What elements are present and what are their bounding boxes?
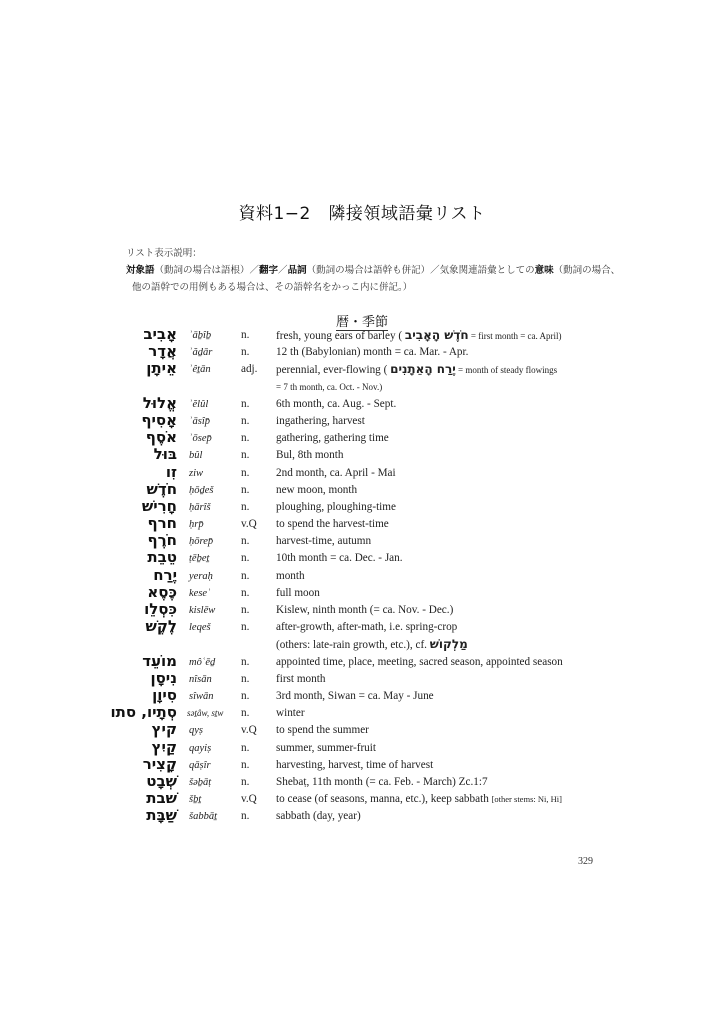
gloss: Bul, 8th month	[276, 447, 343, 464]
transliteration: šabbāṯ	[189, 808, 217, 825]
gloss: summer, summer-fruit	[276, 740, 376, 757]
transliteration: šəḇāṭ	[189, 774, 211, 791]
transliteration: qayiṣ	[189, 740, 211, 757]
legend-heading: リスト表示説明：	[126, 245, 202, 259]
transliteration: sîwān	[189, 688, 214, 705]
hebrew-word: אֹסֶף	[146, 429, 177, 446]
transliteration: qāṣîr	[189, 757, 211, 774]
gloss-text: 10th month = ca. Dec. - Jan.	[276, 552, 403, 564]
vocab-entry: לֶקֶשׁleqešn.after-growth, after-math, i…	[0, 619, 724, 636]
gloss: Kislew, ninth month (= ca. Nov. - Dec.)	[276, 602, 453, 619]
gloss: 10th month = ca. Dec. - Jan.	[276, 550, 403, 567]
transliteration: ḥrp̄	[189, 516, 204, 533]
gloss-text: first month	[276, 673, 325, 685]
gloss-text: sabbath (day, year)	[276, 810, 361, 822]
gloss-text: gathering, gathering time	[276, 432, 389, 444]
vocab-entry-continuation: = 7 th month, ca. Oct. - Nov.)	[0, 379, 724, 396]
vocab-entry: חָרִישׁḥārîšn.ploughing, ploughing-time	[0, 499, 724, 516]
gloss-text: 6th month, ca. Aug. - Sept.	[276, 398, 396, 410]
gloss-text: Kislew, ninth month (= ca. Nov. - Dec.)	[276, 604, 453, 616]
legend-text: （動詞の場合は語幹も併記）／気象関連語彙としての	[307, 265, 535, 276]
gloss-text: to spend the summer	[276, 724, 369, 736]
gloss-text: to spend the harvest-time	[276, 518, 389, 530]
page-number: 329	[578, 856, 593, 867]
transliteration: ʾăḏār	[189, 344, 212, 361]
part-of-speech: n.	[241, 550, 249, 567]
part-of-speech: n.	[241, 499, 249, 516]
hebrew-word: שׁבת	[146, 790, 177, 807]
vocab-entry: אֵיתָןʾêṯānadj.perennial, ever-flowing (…	[0, 361, 724, 378]
part-of-speech: n.	[241, 619, 249, 636]
part-of-speech: n.	[241, 757, 249, 774]
part-of-speech: n.	[241, 430, 249, 447]
part-of-speech: n.	[241, 568, 249, 585]
gloss: 2nd month, ca. April - Mai	[276, 465, 396, 482]
hebrew-word: חרף	[148, 515, 177, 532]
transliteration: ṭēḇeṯ	[189, 550, 209, 567]
hebrew-word: בּוּל	[154, 446, 177, 463]
gloss-text: winter	[276, 707, 305, 719]
gloss-hebrew-phrase: יֶרַח הָאֵתָנִים	[390, 362, 456, 376]
hebrew-word: אֱלוּל	[143, 395, 177, 412]
vocab-entry: אֱלוּלʾĕlûln.6th month, ca. Aug. - Sept.	[0, 396, 724, 413]
gloss: sabbath (day, year)	[276, 808, 361, 825]
gloss-text: fresh, young ears of barley (	[276, 330, 405, 342]
transliteration: yeraḥ	[189, 568, 213, 585]
legend-term: 翻字	[259, 265, 278, 276]
hebrew-word: כִּסְלֵו	[144, 601, 177, 618]
vocab-entry: אָבִיבʾāḇîḇn.fresh, young ears of barley…	[0, 327, 724, 344]
vocab-entry: נִיסָןnîsānn.first month	[0, 671, 724, 688]
hebrew-word: סִיוָן	[152, 687, 177, 704]
part-of-speech: n.	[241, 447, 249, 464]
vocabulary-list: אָבִיבʾāḇîḇn.fresh, young ears of barley…	[0, 327, 724, 825]
gloss: first month	[276, 671, 325, 688]
vocab-entry: סְתָיו, סתוsəṯâw, sṯwn.winter	[0, 705, 724, 722]
gloss: = 7 th month, ca. Oct. - Nov.)	[276, 379, 382, 396]
gloss-text: appointed time, place, meeting, sacred s…	[276, 656, 563, 668]
vocab-entry: בּוּלbûln.Bul, 8th month	[0, 447, 724, 464]
part-of-speech: n.	[241, 671, 249, 688]
gloss-text: summer, summer-fruit	[276, 742, 376, 754]
gloss-text: Bul, 8th month	[276, 449, 343, 461]
gloss-text: harvest-time, autumn	[276, 535, 371, 547]
gloss-text: ploughing, ploughing-time	[276, 501, 396, 513]
gloss-text: 3rd month, Siwan = ca. May - June	[276, 690, 434, 702]
gloss: appointed time, place, meeting, sacred s…	[276, 654, 563, 671]
gloss: month	[276, 568, 305, 585]
gloss: new moon, month	[276, 482, 357, 499]
transliteration: môʿēḏ	[189, 654, 215, 671]
hebrew-word: חֹרֶף	[148, 532, 177, 549]
gloss-text: 12 th (Babylonian) month = ca. Mar. - Ap…	[276, 346, 468, 358]
legend-description-line-2: 他の語幹での用例もある場合は、その語幹名をかっこ内に併記。）	[132, 279, 412, 293]
gloss: (others: late-rain growth, etc.), cf. מַ…	[276, 636, 468, 654]
part-of-speech: n.	[241, 585, 249, 602]
gloss: 12 th (Babylonian) month = ca. Mar. - Ap…	[276, 344, 468, 361]
hebrew-word: כֶּסֶא	[147, 584, 177, 601]
vocab-entry: זִוziwn.2nd month, ca. April - Mai	[0, 465, 724, 482]
transliteration: leqeš	[189, 619, 211, 636]
transliteration: šḇṯ	[189, 791, 201, 808]
hebrew-word: יֶרַח	[153, 567, 177, 584]
gloss: harvesting, harvest, time of harvest	[276, 757, 433, 774]
vocab-entry: אֹסֶףʾōsep̄n.gathering, gathering time	[0, 430, 724, 447]
transliteration: ḥōrep̄	[189, 533, 213, 550]
hebrew-word: לֶקֶשׁ	[146, 618, 178, 635]
gloss-text: month	[276, 570, 305, 582]
vocab-entry: קַיִץqayiṣn.summer, summer-fruit	[0, 740, 724, 757]
hebrew-word: אֲדָר	[148, 343, 177, 360]
part-of-speech: n.	[241, 413, 249, 430]
part-of-speech: n.	[241, 482, 249, 499]
part-of-speech: n.	[241, 688, 249, 705]
transliteration: kislēw	[189, 602, 215, 619]
part-of-speech: n.	[241, 774, 249, 791]
vocab-entry: כֶּסֶאkeseʾn.full moon	[0, 585, 724, 602]
legend-text: （動詞の場合は語根）／	[155, 265, 260, 276]
part-of-speech: n.	[241, 654, 249, 671]
gloss: ingathering, harvest	[276, 413, 365, 430]
gloss-text-after: = month of steady flowings	[456, 365, 557, 375]
vocab-entry: שׁבתšḇṯv.Qto cease (of seasons, manna, e…	[0, 791, 724, 808]
hebrew-word: זִו	[166, 464, 177, 481]
gloss-text-after: = first month = ca. April)	[469, 331, 562, 341]
transliteration: keseʾ	[189, 585, 211, 602]
hebrew-word: אָסִיף	[141, 412, 177, 429]
vocab-entry: כִּסְלֵוkislēwn.Kislew, ninth month (= c…	[0, 602, 724, 619]
legend-text: ／	[278, 265, 288, 276]
transliteration: ʾĕlûl	[189, 396, 208, 413]
vocab-entry: אָסִיףʾāsîp̄n.ingathering, harvest	[0, 413, 724, 430]
hebrew-word: טֵבֵת	[147, 549, 177, 566]
transliteration: ḥōḏeš	[189, 482, 214, 499]
vocab-entry: קָצִירqāṣîrn.harvesting, harvest, time o…	[0, 757, 724, 774]
gloss: gathering, gathering time	[276, 430, 389, 447]
hebrew-word: חֹדֶשׁ	[147, 481, 178, 498]
transliteration: nîsān	[189, 671, 212, 688]
gloss: to spend the harvest-time	[276, 516, 389, 533]
gloss-text: new moon, month	[276, 484, 357, 496]
hebrew-word: סְתָיו, סתו	[110, 704, 177, 721]
gloss-text: Shebaṭ, 11th month (= ca. Feb. - March) …	[276, 776, 488, 788]
gloss: perennial, ever-flowing ( יֶרַח הָאֵתָנִ…	[276, 361, 557, 379]
part-of-speech: n.	[241, 533, 249, 550]
transliteration: qyṣ	[189, 722, 203, 739]
hebrew-word: קַיִץ	[152, 739, 177, 756]
hebrew-word: אֵיתָן	[146, 360, 177, 377]
gloss: 3rd month, Siwan = ca. May - June	[276, 688, 434, 705]
vocab-entry: חֹרֶףḥōrep̄n.harvest-time, autumn	[0, 533, 724, 550]
part-of-speech: n.	[241, 705, 249, 722]
transliteration: ʾāḇîḇ	[189, 327, 211, 344]
hebrew-word: קָצִיר	[143, 756, 177, 773]
legend-description-line-1: 対象語（動詞の場合は語根）／翻字／品詞（動詞の場合は語幹も併記）／気象関連語彙と…	[126, 262, 606, 276]
vocab-entry: טֵבֵתṭēḇeṯn.10th month = ca. Dec. - Jan.	[0, 550, 724, 567]
legend-term: 意味	[535, 265, 554, 276]
legend-text: （動詞の場合、	[554, 265, 621, 276]
vocab-entry: יֶרַחyeraḥn.month	[0, 568, 724, 585]
gloss: to spend the summer	[276, 722, 369, 739]
transliteration: bûl	[189, 447, 202, 464]
gloss-text: 2nd month, ca. April - Mai	[276, 467, 396, 479]
part-of-speech: v.Q	[241, 791, 257, 808]
part-of-speech: n.	[241, 602, 249, 619]
gloss: ploughing, ploughing-time	[276, 499, 396, 516]
part-of-speech: n.	[241, 808, 249, 825]
gloss: to cease (of seasons, manna, etc.), keep…	[276, 791, 562, 808]
transliteration: ʾāsîp̄	[189, 413, 210, 430]
gloss-hebrew-phrase: חֹדֶשׁ הָאָבִיב	[405, 328, 469, 342]
part-of-speech: adj.	[241, 361, 257, 378]
gloss: fresh, young ears of barley ( חֹדֶשׁ הָא…	[276, 327, 562, 345]
gloss-text: perennial, ever-flowing (	[276, 364, 390, 376]
vocab-entry-continuation: (others: late-rain growth, etc.), cf. מַ…	[0, 636, 724, 653]
part-of-speech: n.	[241, 740, 249, 757]
hebrew-word: שְׁבָט	[146, 773, 177, 790]
gloss: 6th month, ca. Aug. - Sept.	[276, 396, 396, 413]
gloss: winter	[276, 705, 305, 722]
part-of-speech: v.Q	[241, 516, 257, 533]
gloss: after-growth, after-math, i.e. spring-cr…	[276, 619, 457, 636]
legend-term: 対象語	[126, 265, 155, 276]
gloss-text: ingathering, harvest	[276, 415, 365, 427]
hebrew-word: קיץ	[152, 721, 177, 738]
vocab-entry: אֲדָרʾăḏārn.12 th (Babylonian) month = c…	[0, 344, 724, 361]
vocab-entry: שַׁבָּתšabbāṯn.sabbath (day, year)	[0, 808, 724, 825]
transliteration: səṯâw, sṯw	[187, 705, 223, 722]
part-of-speech: v.Q	[241, 722, 257, 739]
gloss-text: = 7 th month, ca. Oct. - Nov.)	[276, 382, 382, 392]
gloss-note: [other stems: Ni, Hi]	[492, 794, 562, 804]
gloss: Shebaṭ, 11th month (= ca. Feb. - March) …	[276, 774, 488, 791]
vocab-entry: קיץqyṣv.Qto spend the summer	[0, 722, 724, 739]
gloss-text: full moon	[276, 587, 320, 599]
gloss-text: after-growth, after-math, i.e. spring-cr…	[276, 621, 457, 633]
vocab-entry: חֹדֶשׁḥōḏešn.new moon, month	[0, 482, 724, 499]
gloss-text: harvesting, harvest, time of harvest	[276, 759, 433, 771]
transliteration: ʾêṯān	[189, 361, 211, 378]
part-of-speech: n.	[241, 465, 249, 482]
vocab-entry: חרףḥrp̄v.Qto spend the harvest-time	[0, 516, 724, 533]
part-of-speech: n.	[241, 327, 249, 344]
gloss: harvest-time, autumn	[276, 533, 371, 550]
transliteration: ʾōsep̄	[189, 430, 212, 447]
gloss-hebrew-phrase: מַלְקוֹשׁ	[430, 637, 468, 651]
vocab-entry: מוֹעֵדmôʿēḏn.appointed time, place, meet…	[0, 654, 724, 671]
hebrew-word: אָבִיב	[143, 326, 177, 343]
hebrew-word: נִיסָן	[150, 670, 177, 687]
transliteration: ḥārîš	[189, 499, 211, 516]
transliteration: ziw	[189, 465, 203, 482]
part-of-speech: n.	[241, 344, 249, 361]
hebrew-word: שַׁבָּת	[146, 807, 177, 824]
gloss-text: (others: late-rain growth, etc.), cf.	[276, 639, 430, 651]
page-title: 資料1−2 隣接領域語彙リスト	[0, 199, 724, 224]
legend-term: 品詞	[288, 265, 307, 276]
gloss: full moon	[276, 585, 320, 602]
hebrew-word: מוֹעֵד	[142, 653, 177, 670]
hebrew-word: חָרִישׁ	[142, 498, 177, 515]
gloss-text: to cease (of seasons, manna, etc.), keep…	[276, 793, 492, 805]
vocab-entry: סִיוָןsîwānn.3rd month, Siwan = ca. May …	[0, 688, 724, 705]
vocab-entry: שְׁבָטšəḇāṭn.Shebaṭ, 11th month (= ca. F…	[0, 774, 724, 791]
part-of-speech: n.	[241, 396, 249, 413]
